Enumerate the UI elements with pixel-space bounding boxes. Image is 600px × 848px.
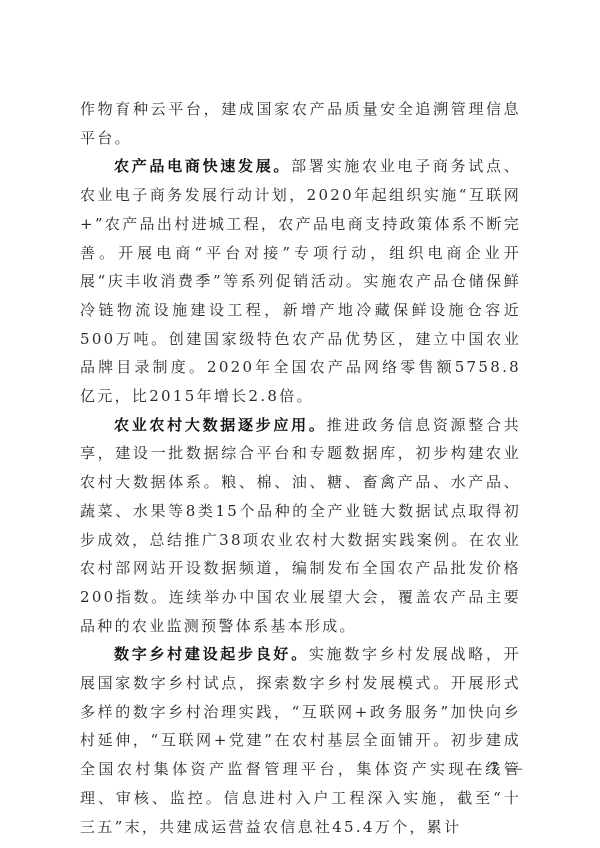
paragraph-heading: 农业农村大数据逐步应用。 bbox=[114, 416, 327, 434]
paragraph-text: 推进政务信息资源整合共享，建设一批数据综合平台和专题数据库，初步构建农业农村大数… bbox=[80, 416, 521, 635]
paragraph-big-data: 农业农村大数据逐步应用。推进政务信息资源整合共享，建设一批数据综合平台和专题数据… bbox=[80, 411, 521, 641]
document-page: 作物育种云平台，建成国家农产品质量安全追溯管理信息平台。 农产品电商快速发展。部… bbox=[0, 0, 600, 848]
paragraph-ecommerce: 农产品电商快速发展。部署实施农业电子商务试点、农业电子商务发展行动计划，2020… bbox=[80, 152, 521, 410]
paragraph-heading: 数字乡村建设起步良好。 bbox=[114, 645, 309, 663]
paragraph-text: 部署实施农业电子商务试点、农业电子商务发展行动计划，2020年起组织实施“互联网… bbox=[80, 157, 521, 405]
paragraph-heading: 农产品电商快速发展。 bbox=[114, 157, 291, 175]
paragraph-text: 实施数字乡村发展战略，开展国家数字乡村试点，探索数字乡村发展模式。开展形式多样的… bbox=[80, 645, 521, 835]
paragraph-digital-village: 数字乡村建设起步良好。实施数字乡村发展战略，开展国家数字乡村试点，探索数字乡村发… bbox=[80, 640, 521, 841]
paragraph-text: 作物育种云平台，建成国家农产品质量安全追溯管理信息平台。 bbox=[80, 100, 521, 147]
body-text: 作物育种云平台，建成国家农产品质量安全追溯管理信息平台。 农产品电商快速发展。部… bbox=[80, 95, 521, 841]
paragraph-continued: 作物育种云平台，建成国家农产品质量安全追溯管理信息平台。 bbox=[80, 95, 521, 152]
page-number: — 7 — bbox=[460, 760, 530, 778]
